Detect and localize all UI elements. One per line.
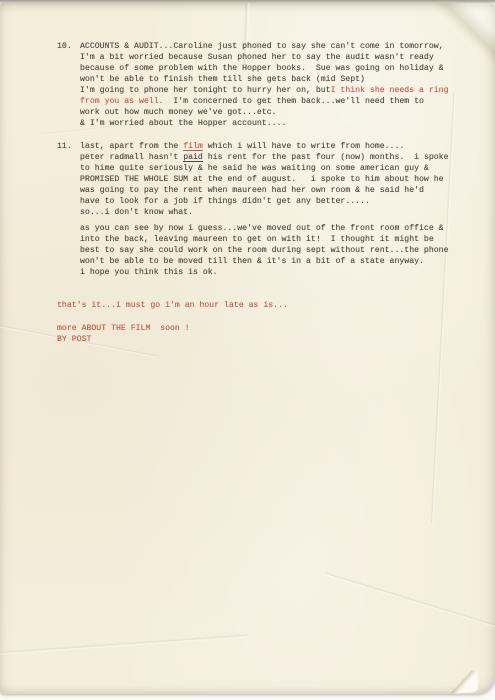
crease-line [323,568,495,647]
text-segment: was going to pay the rent when maureen h… [80,186,424,195]
text-segment: work out how much money we've got...etc. [80,108,277,117]
text-line: best to say she could work on the room d… [80,245,449,256]
text-line: & I'm worried about the Hopper account..… [80,118,449,129]
text-segment: which i will have to write from home.... [203,142,404,151]
underlined-text: film [183,142,203,151]
text-segment: I'm a bit worried because Susan phoned h… [80,53,434,62]
text-segment: because of some problem with the Hopper … [80,64,444,73]
text-line: work out how much money we've got...etc. [80,107,449,118]
underlined-text: paid [183,153,203,162]
text-segment: into the back, leaving maureen to get on… [80,235,434,244]
text-segment: PROMISED THE WHOLE SUM at the end of aug… [80,175,444,184]
text-line: I'm going to phone her tonight to hurry … [80,85,449,96]
text-segment: & I'm worried about the Hopper account..… [80,119,286,128]
text-line: was going to pay the rent when maureen h… [80,185,449,196]
text-segment: best to say she could work on the room d… [80,246,449,255]
text-segment: ACCOUNTS & AUDIT...Caroline just phoned … [80,42,444,51]
item-number: 11. [57,141,72,152]
text-line: last, apart from the film which i will h… [80,141,449,152]
text-line: BY POST [57,334,190,345]
item-11: 11.last, apart from the film which i wil… [80,141,449,218]
postscript: more ABOUT THE FILM soon !BY POST [57,323,190,345]
text-segment: so...i don't know what. [80,208,193,217]
text-segment: more ABOUT THE FILM soon ! [57,324,190,333]
text-segment: that's it...i must go i'm an hour late a… [57,301,288,310]
text-line: have to look for a job if things didn't … [80,196,449,207]
signoff-line: that's it...i must go i'm an hour late a… [57,300,288,311]
text-segment: have to look for a job if things didn't … [80,197,370,206]
typewritten-letter: 10.ACCOUNTS & AUDIT...Caroline just phon… [0,3,495,694]
text-line: i hope you think this is ok. [80,267,449,278]
text-segment: won't be able to finish them till she ge… [80,75,365,84]
text-segment: I'm going to phone her tonight to hurry … [80,86,331,95]
text-segment: from you as well. [80,97,164,106]
text-segment: as you can see by now i guess...we've mo… [80,224,444,233]
text-line: ACCOUNTS & AUDIT...Caroline just phoned … [80,41,449,52]
paper-dogear-bottom-right [445,670,478,694]
text-line: I'm a bit worried because Susan phoned h… [80,52,449,63]
text-line: from you as well. I'm concerned to get t… [80,96,449,107]
text-segment: won't be able to be moved till then & it… [80,257,424,266]
text-line: into the back, leaving maureen to get on… [80,234,449,245]
item-number: 10. [57,41,72,52]
text-line: won't be able to finish them till she ge… [80,74,449,85]
text-line: to hime quite seriously & he said he was… [80,163,449,174]
crease-line [0,630,248,661]
text-segment: I think she needs a ring [331,86,449,95]
text-segment: BY POST [57,335,91,344]
text-line: so...i don't know what. [80,207,449,218]
text-segment: his rent for the past four (now) months.… [203,153,449,162]
text-line: that's it...i must go i'm an hour late a… [57,300,288,311]
text-line: as you can see by now i guess...we've mo… [80,223,449,234]
item-10: 10.ACCOUNTS & AUDIT...Caroline just phon… [80,41,449,129]
text-segment: last, apart from the [80,142,183,151]
text-segment: to hime quite seriously & he said he was… [80,164,429,173]
text-line: more ABOUT THE FILM soon ! [57,323,190,334]
text-line: because of some problem with the Hopper … [80,63,449,74]
text-segment: peter radmall hasn't [80,153,183,162]
text-segment: I'm concerned to get them back...we'll n… [164,97,424,106]
text-segment: i hope you think this is ok. [80,268,218,277]
text-line: peter radmall hasn't paid his rent for t… [80,152,449,163]
moving-paragraph: as you can see by now i guess...we've mo… [80,223,449,278]
text-line: PROMISED THE WHOLE SUM at the end of aug… [80,174,449,185]
text-line: won't be able to be moved till then & it… [80,256,449,267]
